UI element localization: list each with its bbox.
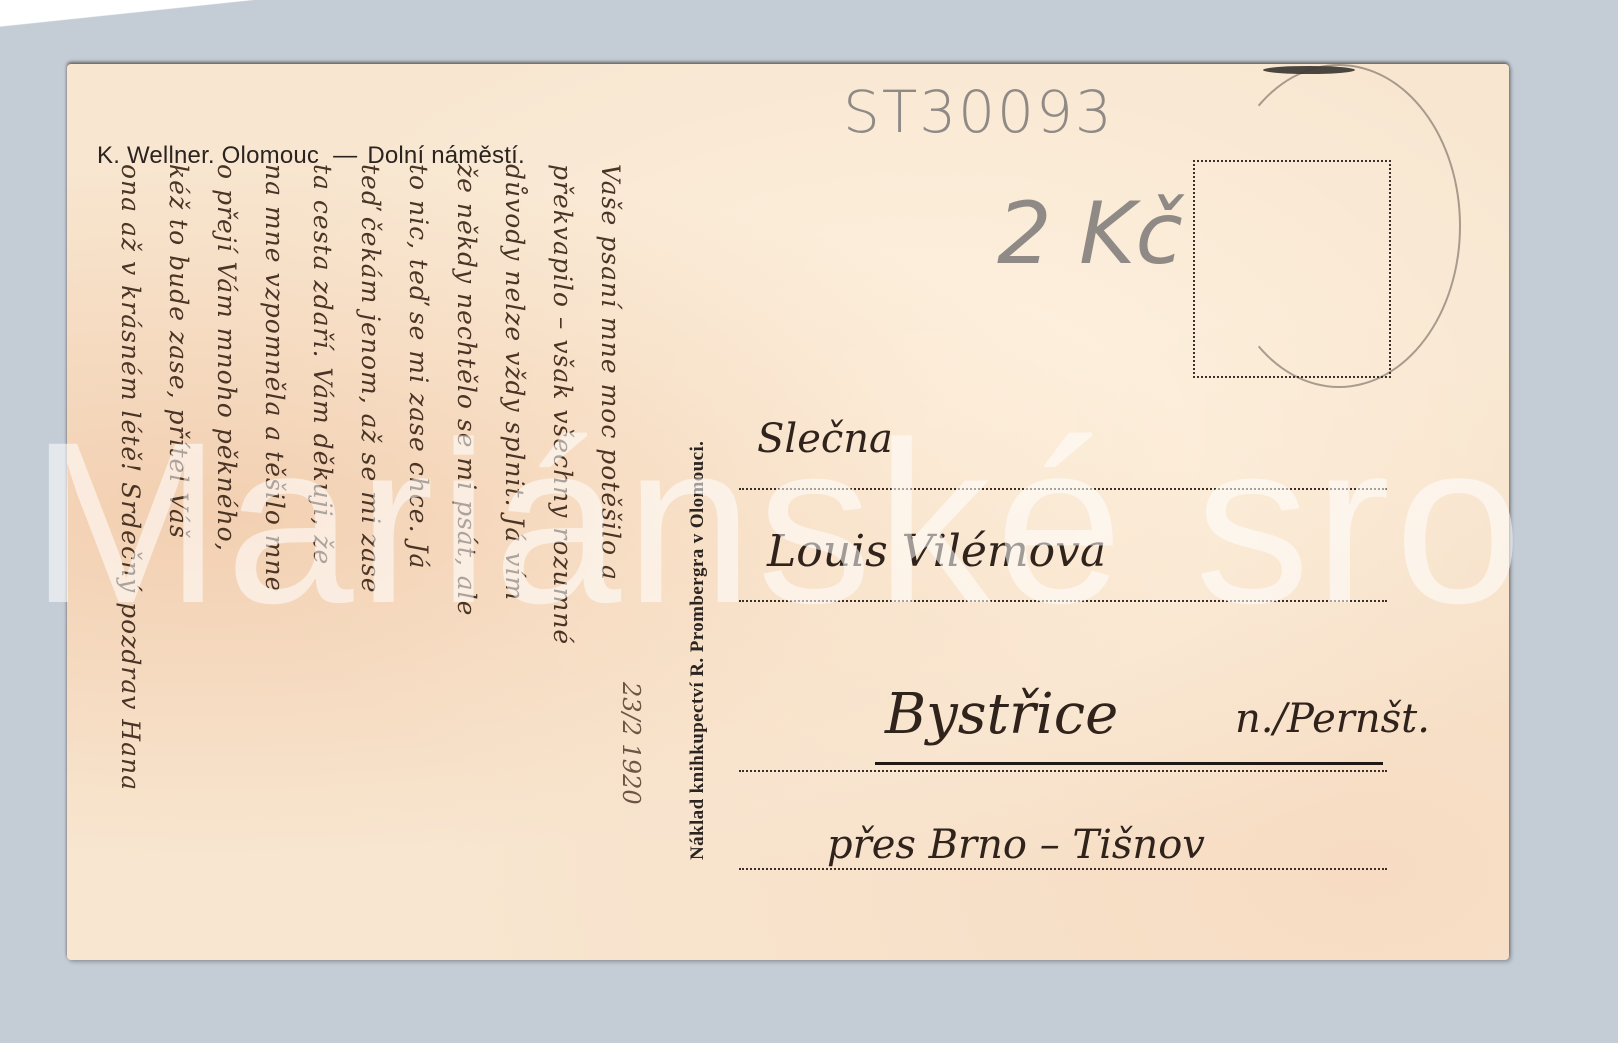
message-line: překvapilo – však všechny rozumné [548,164,577,645]
postcard: K. Wellner. Olomouc—Dolní náměstí. Vaše … [67,64,1509,960]
message-line: kéž to bude zase, přítel Váš [164,164,193,539]
message-line: důvody nelze vždy splnit. Já vím [500,164,529,601]
message-line: že někdy nechtělo se mi psát, ale [452,164,481,616]
address-dotted-line [739,868,1387,870]
address-dotted-line [739,488,1387,490]
message-line: ta cesta zdaří. Vám děkuji, že [308,164,337,565]
pencil-price: 2 Kč [997,184,1183,284]
handwritten-message: Vaše psaní mne moc potěšilo a překvapilo… [77,164,637,954]
address-line-4: přes Brno – Tišnov [827,822,1205,868]
publisher-imprint: Náklad knihkupectví R. Prombergra v Olom… [687,441,709,860]
address-line-2: Louis Vilémova [767,526,1106,577]
inventory-code: ST30093 [843,78,1114,146]
handwritten-date: 23/2 1920 [617,682,645,805]
stamp-placeholder-box [1193,160,1391,378]
message-line: ona až v krásném létě! Srdečný pozdrav H… [116,164,145,791]
message-line: na mne vzpomněla a těšilo mne [260,164,289,592]
message-line: Vaše psaní mne moc potěšilo a [596,164,625,581]
message-line: to nic, teď se mi zase chce. Já [404,164,433,569]
address-dotted-line [739,770,1387,772]
address-dotted-line [739,600,1387,602]
address-line-3-suffix: n./Pernšt. [1235,696,1430,742]
address-line-3: Bystřice [885,682,1118,747]
message-line: teď čekám jenom, až se mi zase [356,164,385,594]
message-line: o přejí Vám mnoho pěkného, [212,164,241,552]
address-line-1: Slečna [757,416,893,462]
address-underline [875,762,1383,765]
